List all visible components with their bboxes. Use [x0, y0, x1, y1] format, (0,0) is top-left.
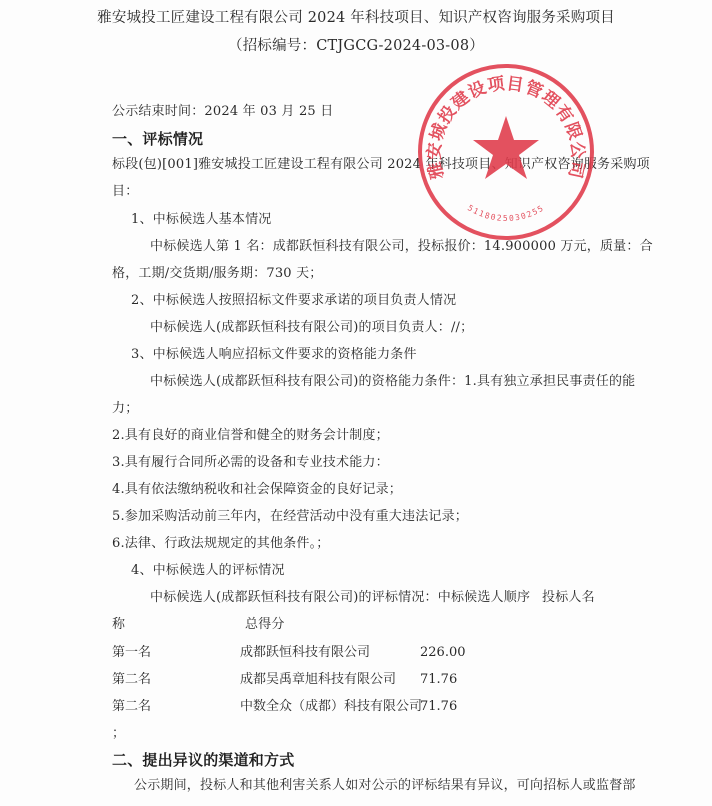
- item1-heading: 1、中标候选人基本情况: [131, 212, 271, 228]
- rank-cell: 第一名: [112, 645, 151, 661]
- condition-3: 3.具有履行合同所必需的设备和专业技术能力：: [112, 455, 389, 471]
- rank-cell: 第二名: [112, 699, 151, 715]
- item3-line-2: 力；: [112, 401, 138, 417]
- bidder-cell: 成都吴禹章旭科技有限公司: [240, 672, 396, 688]
- item4-line-1: 中标候选人(成都跃恒科技有限公司)的评标情况：中标候选人顺序: [150, 590, 530, 606]
- item1-line-2: 格，工期/交货期/服务期：730 天；: [112, 266, 323, 282]
- table-header-bidder: 投标人名: [542, 590, 595, 606]
- announcement-end-time: 公示结束时间：2024 年 03 月 25 日: [112, 104, 333, 120]
- condition-4: 4.具有依法缴纳税收和社会保障资金的良好记录；: [112, 482, 402, 498]
- rank-cell: 第二名: [112, 672, 151, 688]
- document-title: 雅安城投工匠建设工程有限公司 2024 年科技项目、知识产权咨询服务采购项目: [0, 10, 712, 26]
- section2-heading: 二、提出异议的渠道和方式: [112, 752, 294, 768]
- item2-line-1: 中标候选人(成都跃恒科技有限公司)的项目负责人：//；: [150, 320, 473, 336]
- condition-2: 2.具有良好的商业信誉和健全的财务会计制度；: [112, 428, 389, 444]
- item2-heading: 2、中标候选人按照招标文件要求承诺的项目负责人情况: [131, 293, 456, 309]
- lot-line-1: 标段(包)[001]雅安城投工匠建设工程有限公司 2024 年科技项目、知识产权…: [112, 157, 650, 173]
- bidder-cell: 中数全众（成都）科技有限公司: [240, 699, 422, 715]
- bid-number: （招标编号：CTJGCG-2024-03-08）: [0, 38, 712, 54]
- item3-line-1: 中标候选人(成都跃恒科技有限公司)的资格能力条件：1.具有独立承担民事责任的能: [150, 374, 635, 390]
- condition-5: 5.参加采购活动前三年内，在经营活动中没有重大违法记录；: [112, 509, 468, 525]
- score-cell: 226.00: [420, 645, 466, 661]
- item4-heading: 4、中标候选人的评标情况: [131, 563, 285, 579]
- section1-heading: 一、评标情况: [112, 131, 203, 147]
- condition-6: 6.法律、行政法规规定的其他条件。；: [112, 536, 330, 552]
- section2-line-1: 公示期间，投标人和其他利害关系人如对公示的评标结果有异议，可向招标人或监督部: [134, 778, 636, 794]
- table-header-score: 总得分: [245, 617, 285, 633]
- seal-icon: 雅安城投建设项目管理有限公司 5118025030255: [414, 60, 598, 244]
- lot-line-2: 目：: [112, 184, 138, 200]
- score-cell: 71.76: [420, 672, 457, 688]
- table-trailing-punct: ；: [112, 726, 125, 742]
- table-header-bidder-cont: 称: [112, 617, 125, 633]
- bidder-cell: 成都跃恒科技有限公司: [240, 645, 370, 661]
- official-seal-stamp: 雅安城投建设项目管理有限公司 5118025030255: [414, 60, 598, 244]
- score-cell: 71.76: [420, 699, 457, 715]
- svg-text:5118025030255: 5118025030255: [466, 203, 546, 223]
- item3-heading: 3、中标候选人响应招标文件要求的资格能力条件: [131, 347, 417, 363]
- document-page: 雅安城投工匠建设工程有限公司 2024 年科技项目、知识产权咨询服务采购项目 （…: [0, 0, 712, 806]
- item1-line-1: 中标候选人第 1 名：成都跃恒科技有限公司，投标报价：14.900000 万元，…: [150, 239, 653, 255]
